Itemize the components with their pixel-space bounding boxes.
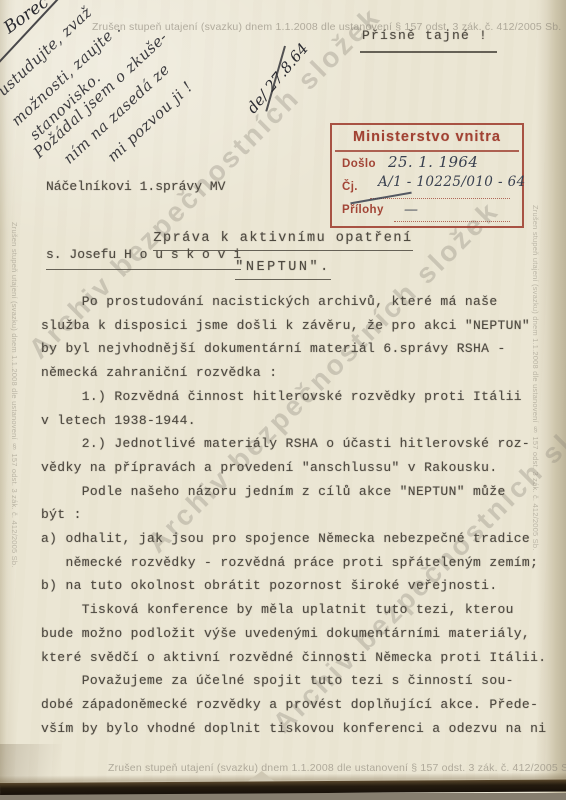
typed-line: služba k disposici jsme došli k závěru, … bbox=[41, 314, 546, 338]
typed-line: německá zahraniční rozvědka : bbox=[41, 361, 546, 385]
typed-line: a) odhalit, jak jsou pro spojence Německ… bbox=[41, 527, 546, 551]
typed-line: vědky na přípravách a provedení "anschlu… bbox=[41, 456, 546, 480]
stamp-field-prilohy: Přílohy — bbox=[342, 204, 514, 227]
typed-line: Podle našeho názoru jedním z cílů akce "… bbox=[41, 480, 546, 504]
typed-line: 2.) Jednotlivé materiály RSHA o účasti h… bbox=[41, 432, 546, 456]
ministry-registry-stamp: Ministerstvo vnitra Došlo 25. 1. 1964 Čj… bbox=[330, 123, 524, 228]
stamp-value-doslo: 25. 1. 1964 bbox=[388, 153, 478, 171]
stamp-label-cj: Čj. bbox=[342, 181, 358, 193]
typed-line: být : bbox=[41, 503, 546, 527]
document-title-line2: "NEPTUN". bbox=[235, 260, 330, 280]
classification-underline bbox=[360, 51, 497, 53]
typed-line: německé rozvědky - rozvědná práce proti … bbox=[41, 551, 546, 575]
typed-line: 1.) Rozvědná činnost hitlerovské rozvědk… bbox=[41, 385, 546, 409]
stamp-value-prilohy: — bbox=[404, 202, 418, 218]
typed-line: které svědčí o aktivní rozvědné činnosti… bbox=[41, 646, 546, 670]
addressee-line1: Náčelníkovi 1.správy MV bbox=[46, 176, 241, 199]
stamp-label-prilohy: Přílohy bbox=[342, 204, 384, 216]
stamp-title: Ministerstvo vnitra bbox=[335, 125, 519, 152]
typed-line: b) na tuto okolnost obrátit pozornost ši… bbox=[41, 574, 546, 598]
stamp-label-doslo: Došlo bbox=[342, 158, 376, 170]
classification-marking: Přísně tajné ! bbox=[362, 28, 488, 43]
stamp-line-prilohy bbox=[394, 221, 510, 222]
typed-line: bude možno podložit výše uvedenými dokum… bbox=[41, 622, 546, 646]
document-title-line1: Zpráva k aktivnímu opatření bbox=[153, 231, 412, 251]
typed-line: dobé západoněmecké rozvědky a provést do… bbox=[41, 693, 546, 717]
typed-line: v letech 1938-1944. bbox=[41, 409, 546, 433]
typed-line: Po prostudování nacistických archivů, kt… bbox=[41, 290, 546, 314]
document-body: Po prostudování nacistických archivů, kt… bbox=[41, 290, 546, 740]
scanned-document-page: Zrušen stupeň utajení (svazku) dnem 1.1.… bbox=[0, 0, 566, 800]
stamp-value-cj: A/1 - 10225/010 - 64 bbox=[378, 174, 526, 190]
typed-line: Považujeme za účelné spojit tuto tezi s … bbox=[41, 669, 546, 693]
typed-line: by byl nejvhodnější dokumentární materiá… bbox=[41, 337, 546, 361]
typed-line: Tisková konference by měla uplatnit tuto… bbox=[41, 598, 546, 622]
stamp-line-cj bbox=[370, 198, 510, 199]
typed-line: vším by bylo vhodné doplnit tiskovou kon… bbox=[41, 717, 546, 741]
